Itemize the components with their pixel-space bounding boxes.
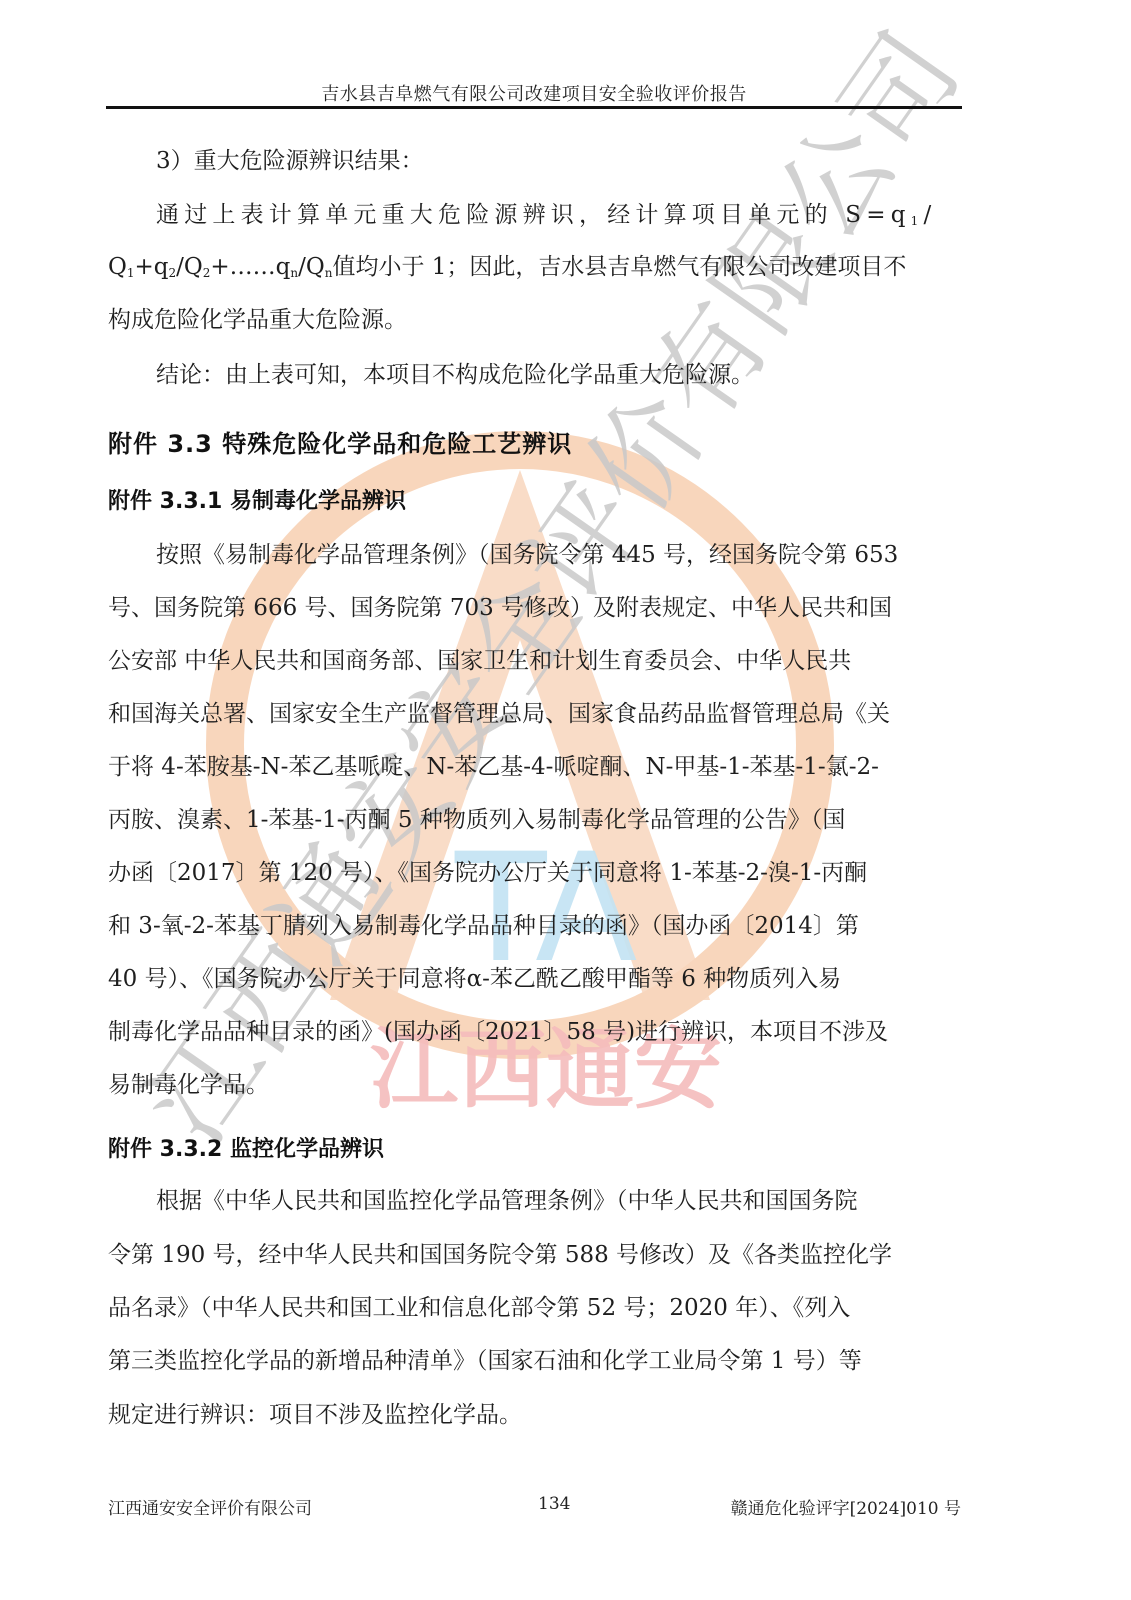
precursor-line: 易制毒化学品。 bbox=[108, 1070, 960, 1100]
precursor-line: 和 3-氧-2-苯基丁腈列入易制毒化学品品种目录的函》（国办函〔2014〕第 bbox=[108, 911, 960, 941]
monitored-line: 根据《中华人民共和国监控化学品管理条例》（中华人民共和国国务院 bbox=[108, 1186, 1008, 1216]
precursor-line: 办函〔2017〕第 120 号）、《国务院办公厅关于同意将 1-苯基-2-溴-1… bbox=[108, 858, 960, 888]
page-number: 134 bbox=[538, 1494, 570, 1514]
precursor-line: 公安部 中华人民共和国商务部、国家卫生和计划生育委员会、中华人民共 bbox=[108, 646, 960, 676]
conclusion-text: 结论：由上表可知，本项目不构成危险化学品重大危险源。 bbox=[108, 360, 1008, 390]
monitored-line: 第三类监控化学品的新增品种清单》（国家石油和化学工业局令第 1 号）等 bbox=[108, 1346, 960, 1376]
precursor-line: 按照《易制毒化学品管理条例》（国务院令第 445 号，经国务院令第 653 bbox=[108, 540, 1008, 570]
precursor-line: 和国海关总署、国家安全生产监督管理总局、国家食品药品监督管理总局《关 bbox=[108, 699, 960, 729]
precursor-line: 40 号）、《国务院办公厅关于同意将α-苯乙酰乙酸甲酯等 6 种物质列入易 bbox=[108, 964, 960, 994]
document-number: 赣通危化验评字[2024]010 号 bbox=[731, 1494, 961, 1519]
monitored-line: 规定进行辨识：项目不涉及监控化学品。 bbox=[108, 1400, 960, 1430]
section-heading-3-3: 附件 3.3 特殊危险化学品和危险工艺辨识 bbox=[108, 424, 572, 459]
monitored-line: 品名录》（中华人民共和国工业和信息化部令第 52 号；2020 年）、《列入 bbox=[108, 1293, 960, 1323]
monitored-line: 令第 190 号，经中华人民共和国国务院令第 588 号修改）及《各类监控化学 bbox=[108, 1240, 960, 1270]
precursor-line: 制毒化学品品种目录的函》(国办函〔2021〕58 号)进行辨识，本项目不涉及 bbox=[108, 1017, 960, 1047]
report-header-title: 吉水县吉阜燃气有限公司改建项目安全验收评价报告 bbox=[108, 80, 960, 106]
document-page: TA 江西通安 江西通安安全评价有限公司 吉水县吉阜燃气有限公司改建项目安全验收… bbox=[0, 0, 1131, 1600]
result-heading: 3）重大危险源辨识结果： bbox=[108, 146, 1008, 176]
precursor-line: 号、国务院第 666 号、国务院第 703 号修改）及附表规定、中华人民共和国 bbox=[108, 593, 960, 623]
para1-line1: 通过上表计算单元重大危险源辨识，经计算项目单元的 S=q1/ bbox=[108, 200, 1008, 236]
section-heading-3-3-2: 附件 3.3.2 监控化学品辨识 bbox=[108, 1132, 384, 1163]
header-divider bbox=[106, 106, 962, 109]
para1-line2: Q1+q2/Q2+……qn/Qn值均小于 1；因此，吉水县吉阜燃气有限公司改建项… bbox=[108, 252, 960, 288]
precursor-line: 丙胺、溴素、1-苯基-1-丙酮 5 种物质列入易制毒化学品管理的公告》（国 bbox=[108, 805, 960, 835]
footer-company: 江西通安安全评价有限公司 bbox=[108, 1494, 312, 1519]
para1-line3: 构成危险化学品重大危险源。 bbox=[108, 305, 960, 335]
section-heading-3-3-1: 附件 3.3.1 易制毒化学品辨识 bbox=[108, 484, 406, 515]
precursor-line: 于将 4-苯胺基-N-苯乙基哌啶、N-苯乙基-4-哌啶酮、N-甲基-1-苯基-1… bbox=[108, 752, 960, 782]
